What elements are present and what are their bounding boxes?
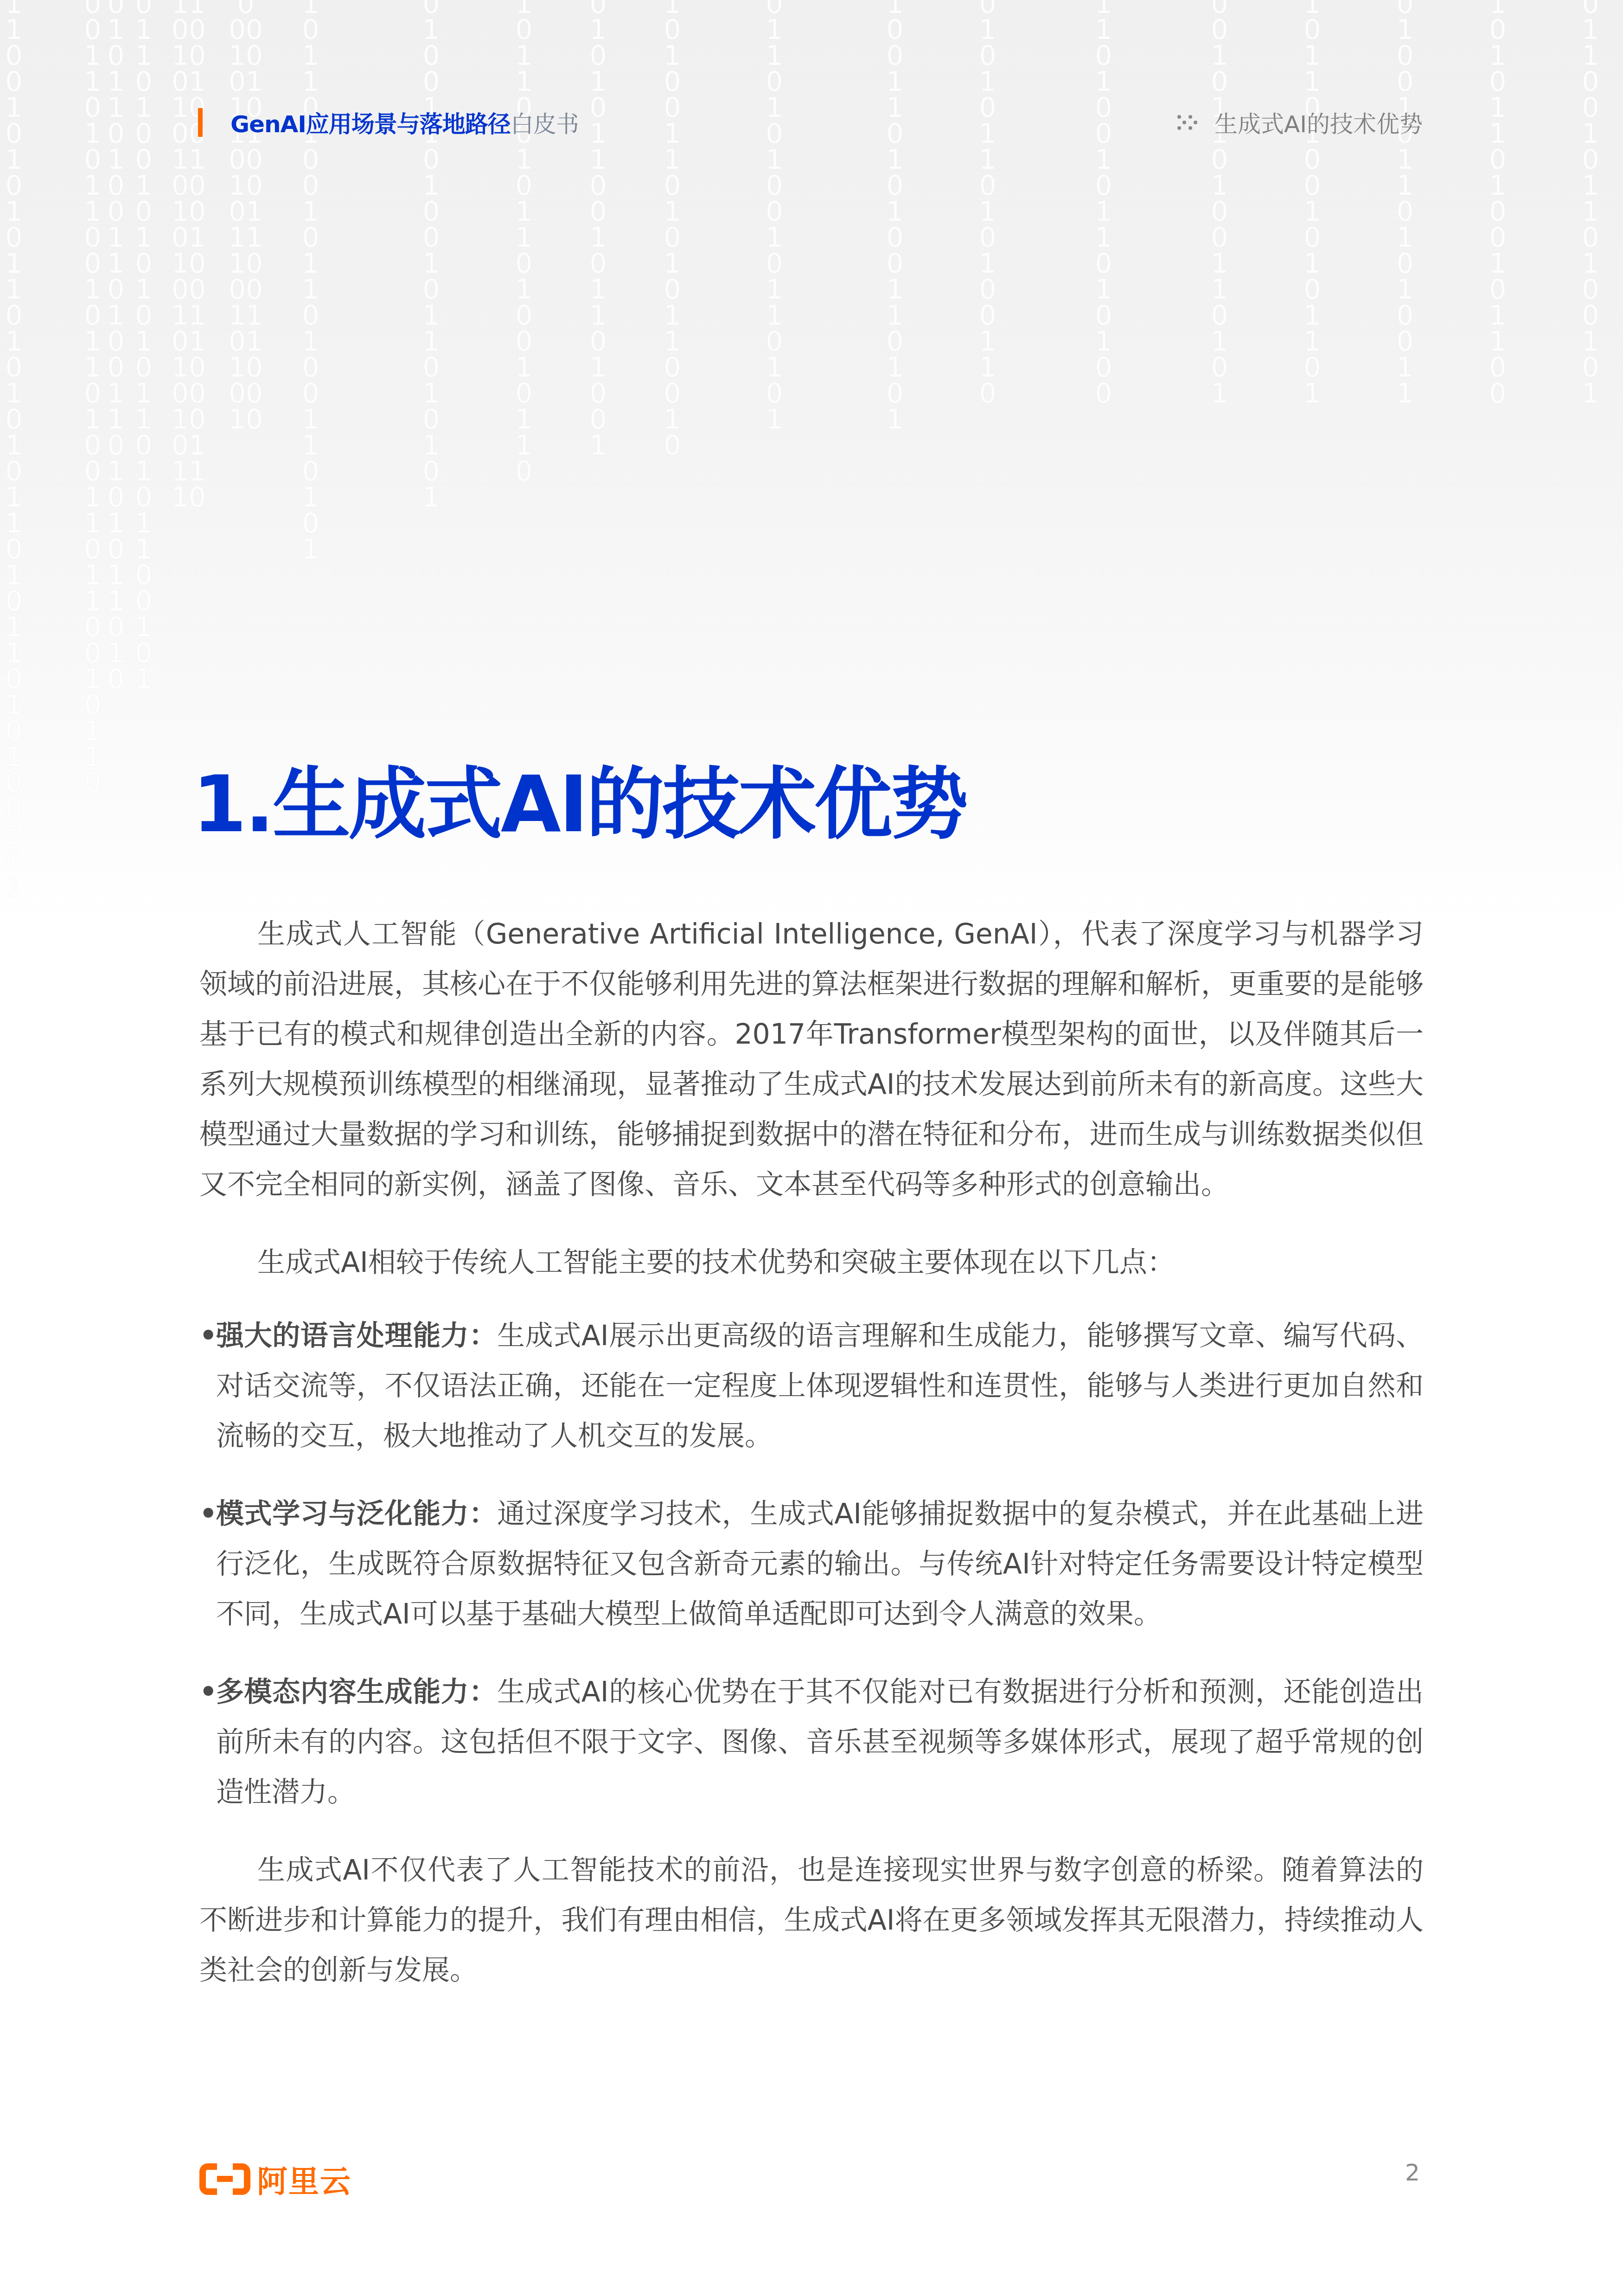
bullet-title: 多模态内容生成能力： bbox=[216, 1676, 497, 1708]
running-section-header: 生成式AI的技术优势 bbox=[1177, 106, 1423, 139]
section-number: 1. bbox=[192, 759, 273, 850]
lead-in-paragraph: 生成式AI相较于传统人工智能主要的技术优势和突破主要体现在以下几点： bbox=[199, 1238, 1424, 1288]
accent-bar bbox=[198, 108, 203, 137]
chevron-dots-icon bbox=[1177, 114, 1201, 131]
section-title: 生成式AI的技术优势 bbox=[273, 759, 967, 850]
logo-text: 阿里云 bbox=[257, 2157, 351, 2201]
bullet-dot-icon: • bbox=[199, 1489, 217, 1539]
bullet-title: 模式学习与泛化能力： bbox=[216, 1498, 497, 1530]
bullet-item: • 强大的语言处理能力：生成式AI展示出更高级的语言理解和生成能力，能够撰写文章… bbox=[199, 1311, 1424, 1461]
section-heading: 1.生成式AI的技术优势 bbox=[192, 742, 966, 854]
bullet-title: 强大的语言处理能力： bbox=[216, 1320, 497, 1352]
aliyun-logo-icon bbox=[199, 2163, 250, 2195]
bullet-item: • 模式学习与泛化能力：通过深度学习技术，生成式AI能够捕捉数据中的复杂模式，并… bbox=[199, 1489, 1424, 1639]
closing-paragraph: 生成式AI不仅代表了人工智能技术的前沿，也是连接现实世界与数字创意的桥梁。随着算… bbox=[199, 1845, 1424, 1995]
aliyun-logo: 阿里云 bbox=[199, 2157, 351, 2201]
bullet-dot-icon: • bbox=[199, 1667, 217, 1717]
bullet-item: • 多模态内容生成能力：生成式AI的核心优势在于其不仅能对已有数据进行分析和预测… bbox=[199, 1667, 1424, 1817]
page-number: 2 bbox=[1405, 2159, 1420, 2186]
main-content: 生成式人工智能（Generative Artificial Intelligen… bbox=[199, 909, 1424, 2023]
document-title: GenAI应用场景与落地路径白皮书 bbox=[230, 106, 579, 139]
running-section-label: 生成式AI的技术优势 bbox=[1214, 106, 1423, 139]
document-title-suffix: 白皮书 bbox=[511, 111, 579, 138]
document-title-main: GenAI应用场景与落地路径 bbox=[230, 111, 511, 138]
document-header: GenAI应用场景与落地路径白皮书 bbox=[198, 106, 579, 139]
intro-paragraph: 生成式人工智能（Generative Artificial Intelligen… bbox=[199, 909, 1424, 1210]
bullet-dot-icon: • bbox=[199, 1311, 217, 1361]
